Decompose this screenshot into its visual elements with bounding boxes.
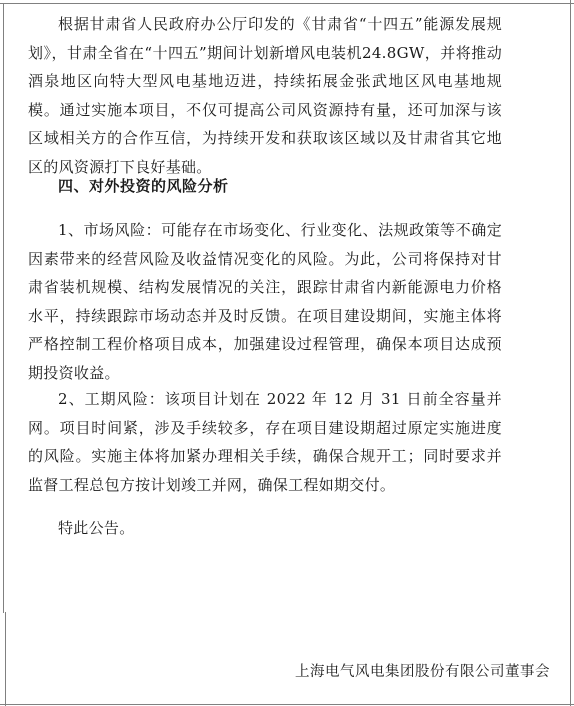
intro-paragraph: 根据甘肃省人民政府办公厅印发的《甘肃省“十四五”能源发展规划》，甘肃全省在“十四… xyxy=(28,10,502,182)
page-border-right xyxy=(570,0,571,706)
closing-statement: 特此公告。 xyxy=(28,514,502,543)
schedule-risk-paragraph: 2、工期风险：该项目计划在 2022 年 12 月 31 日前全容量并网。项目时… xyxy=(28,385,502,499)
page-border-bottom xyxy=(0,704,574,705)
page-border-left-lower xyxy=(5,612,6,706)
signature-board: 上海电气风电集团股份有限公司董事会 xyxy=(295,660,550,681)
page-border-left xyxy=(3,3,4,613)
section-heading: 四、对外投资的风险分析 xyxy=(58,175,229,196)
page-border-top xyxy=(0,3,574,4)
market-risk-paragraph: 1、市场风险：可能存在市场变化、行业变化、法规政策等不确定因素带来的经营风险及收… xyxy=(28,216,502,388)
